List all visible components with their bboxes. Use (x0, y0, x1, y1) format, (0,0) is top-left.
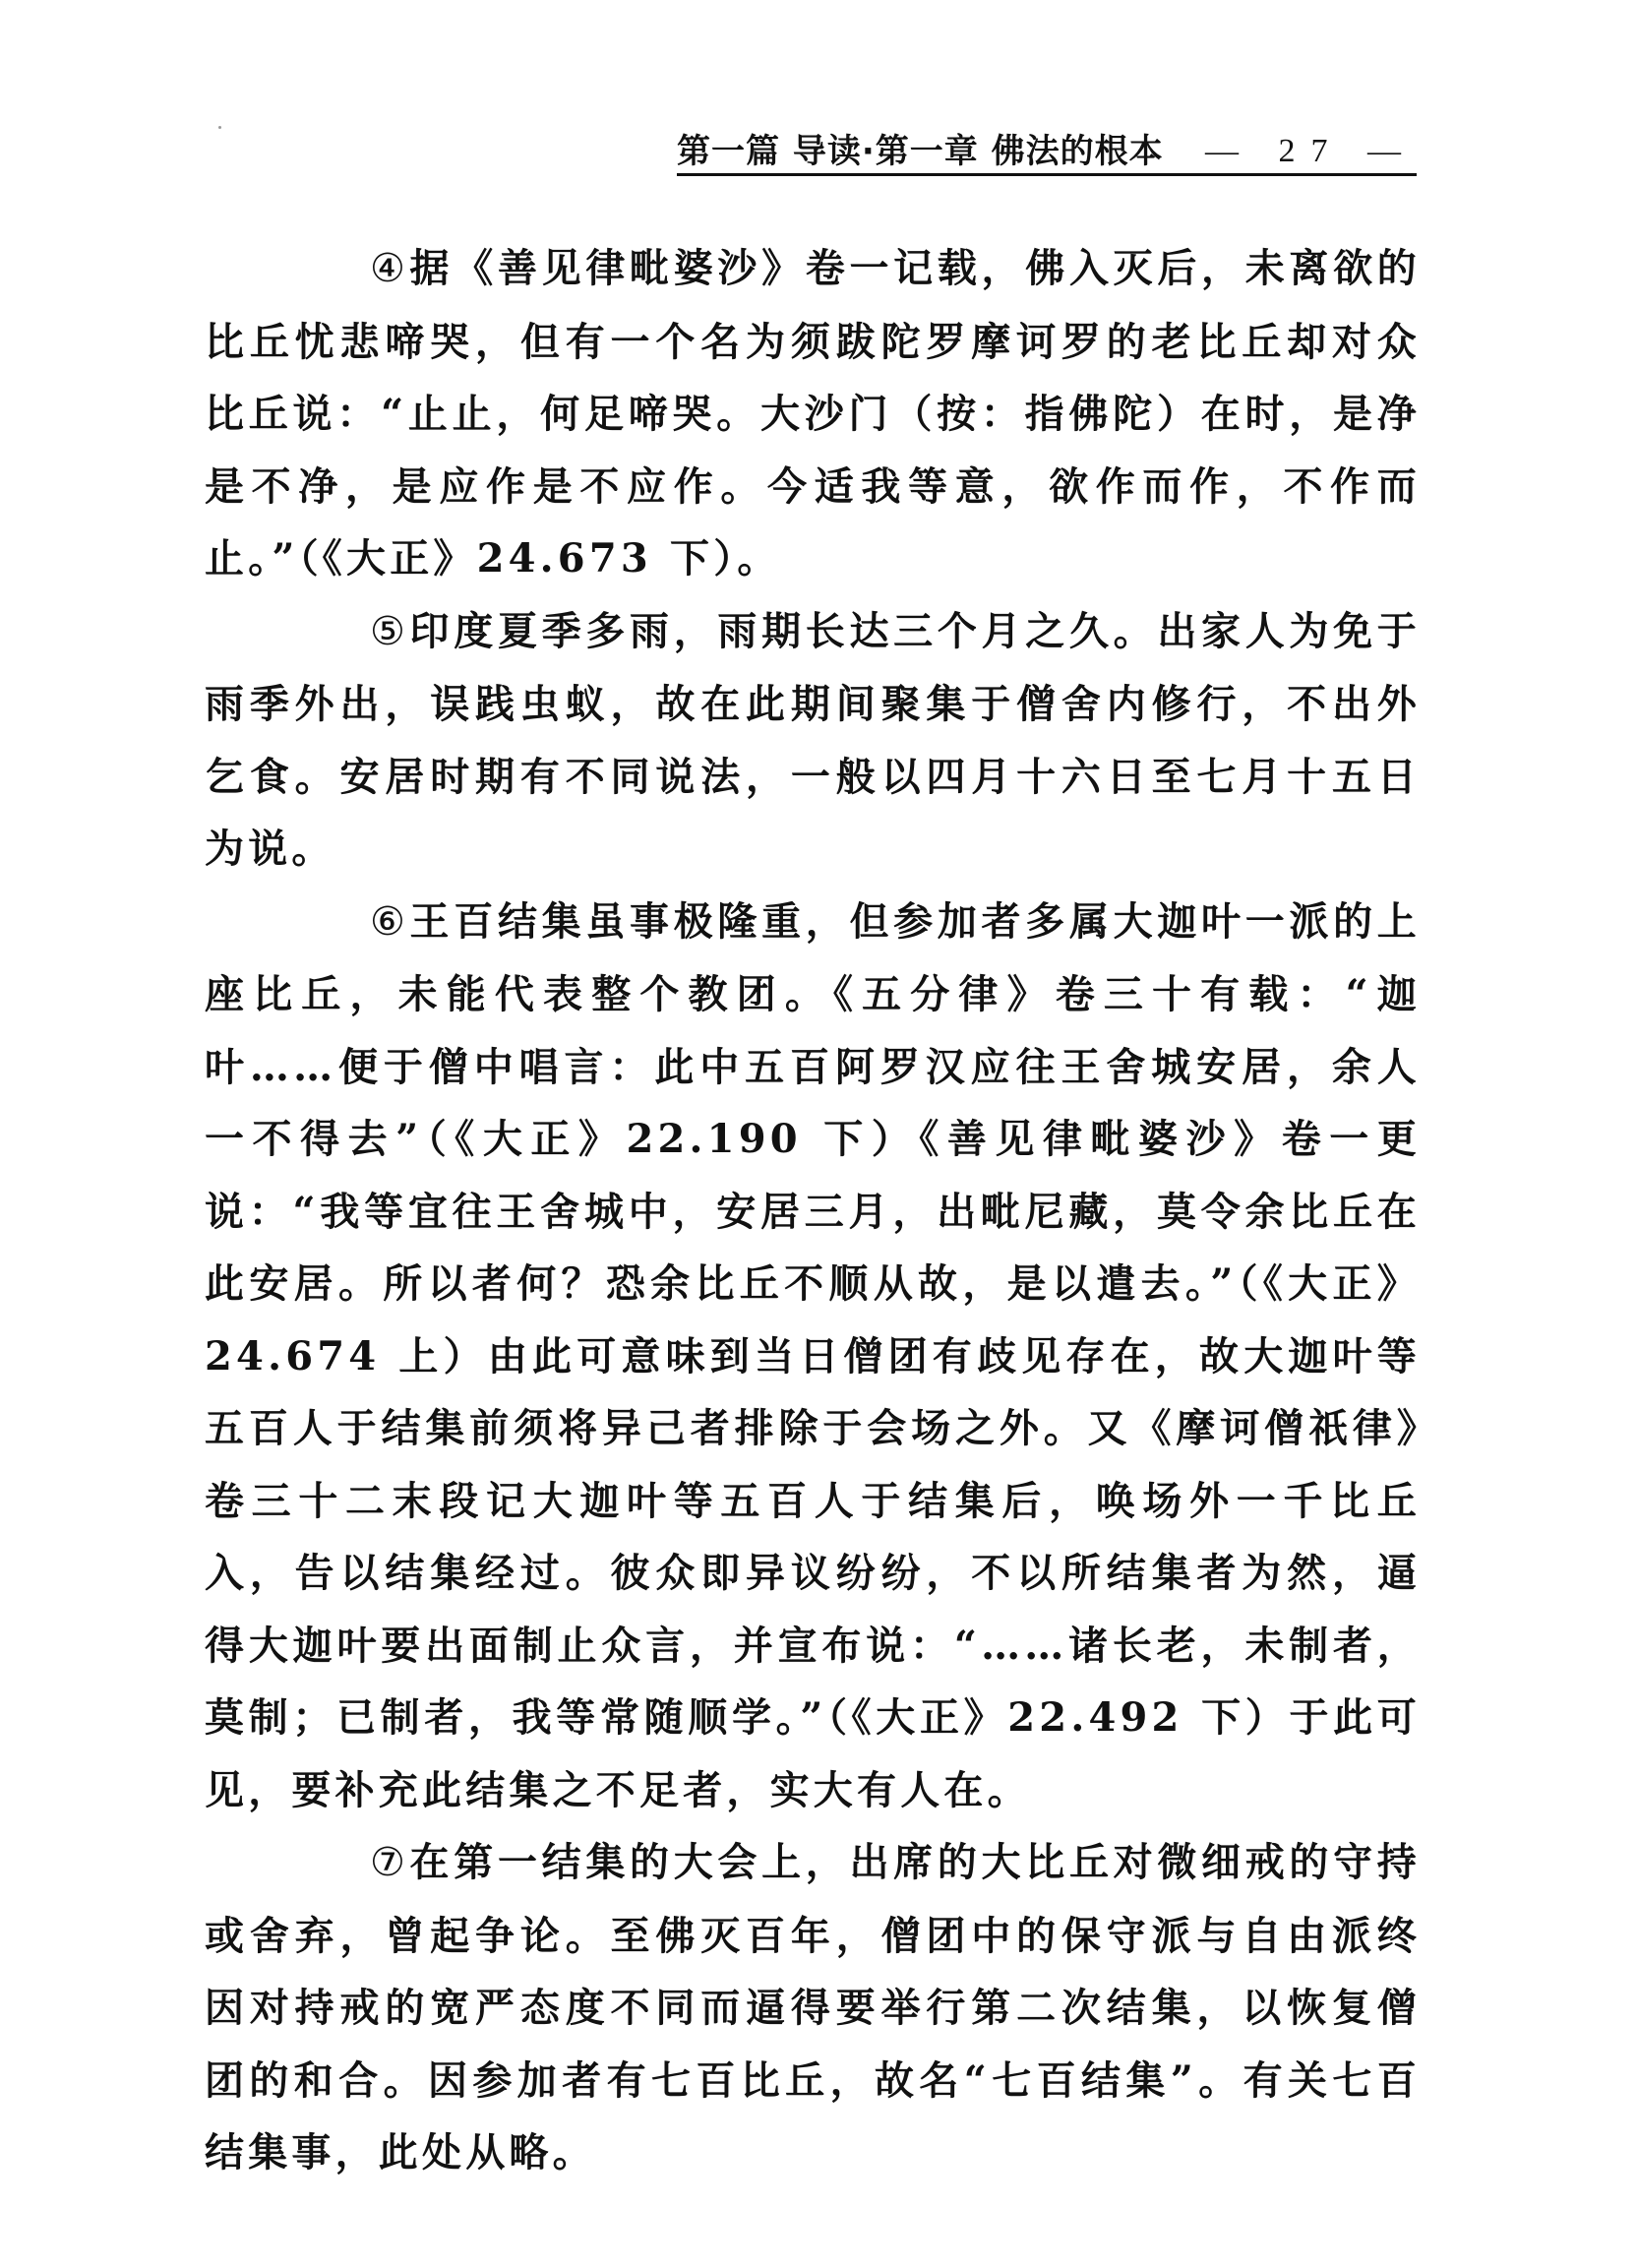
footnote-6: ⑥王百结集虽事极隆重，但参加者多属大迦叶一派的上座比丘，未能代表整个教团。《五分… (205, 886, 1421, 1827)
footnotes-body: ④据《善见律毗婆沙》卷一记载，佛入灭后，未离欲的比丘忧悲啼哭，但有一个名为须跋陀… (205, 232, 1421, 2189)
page-header: 第一篇 导读·第一章 佛法的根本 — 27 — (677, 126, 1417, 176)
footnote-marker: ④ (287, 233, 409, 306)
footnote-marker: ⑦ (287, 1827, 409, 1900)
footnote-marker: ⑥ (287, 887, 409, 959)
scan-speck (218, 126, 221, 129)
page-number: — 27 — (1205, 130, 1417, 173)
footnote-marker: ⑤ (287, 596, 409, 669)
footnote-4: ④据《善见律毗婆沙》卷一记载，佛入灭后，未离欲的比丘忧悲啼哭，但有一个名为须跋陀… (205, 232, 1421, 595)
running-title: 第一篇 导读·第一章 佛法的根本 (677, 130, 1164, 173)
footnote-5: ⑤印度夏季多雨，雨期长达三个月之久。出家人为免于雨季外出，误践虫蚁，故在此期间聚… (205, 595, 1421, 886)
footnote-text: 王百结集虽事极隆重，但参加者多属大迦叶一派的上座比丘，未能代表整个教团。《五分律… (205, 898, 1421, 1813)
footnote-7: ⑦在第一结集的大会上，出席的大比丘对微细戒的守持或舍弃，曾起争论。至佛灭百年，僧… (205, 1826, 1421, 2189)
